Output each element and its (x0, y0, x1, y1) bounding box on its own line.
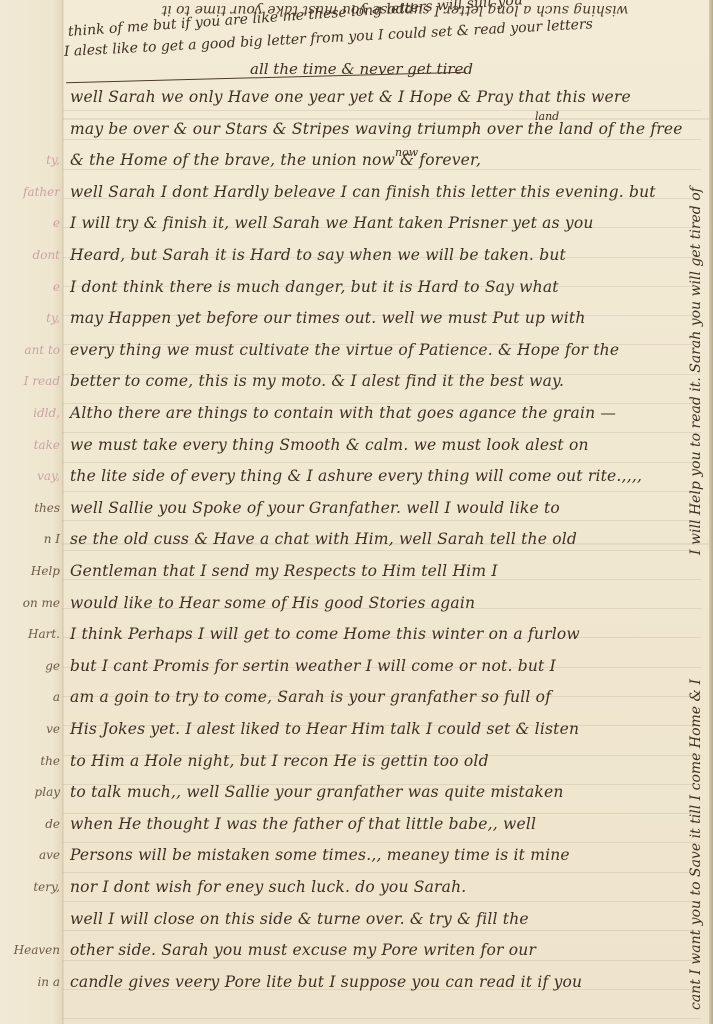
page-edge (709, 0, 713, 1024)
letter-line: would like to Hear some of His good Stor… (70, 594, 475, 612)
letter-line: Altho there are things to contain with t… (70, 404, 616, 422)
adjacent-page-fragment: a (2, 690, 60, 704)
adjacent-page-fragment: ave (2, 848, 60, 862)
adjacent-page-fragment: I read (2, 374, 60, 388)
ruled-line (0, 901, 701, 902)
adjacent-page-fragment: de (2, 817, 60, 831)
ruled-line (0, 1018, 701, 1019)
ruled-line (0, 550, 701, 551)
adjacent-page-strip: ty,fatheredontety,ant toI readidld,takev… (0, 0, 63, 1024)
ruled-line (0, 462, 701, 463)
adjacent-page-fragment: Help (2, 564, 60, 578)
letter-line: well Sarah we only Have one year yet & I… (70, 88, 631, 106)
inserted-word: now (395, 146, 418, 159)
ruled-line (0, 432, 701, 433)
ruled-line (0, 169, 701, 170)
letter-line: better to come, this is my moto. & I ale… (70, 372, 564, 390)
adjacent-page-fragment: thes (2, 501, 60, 515)
letter-line: to talk much,, well Sallie your granfath… (70, 783, 564, 801)
adjacent-page-fragment: ve (2, 722, 60, 736)
letter-line: Heard, but Sarah it is Hard to say when … (70, 246, 566, 264)
letter-line: when He thought I was the father of that… (70, 815, 536, 833)
adjacent-page-fragment: n I (2, 532, 60, 546)
adjacent-page-fragment: Heaven (2, 943, 60, 957)
adjacent-page-fragment: play (2, 785, 60, 799)
letter-line: the lite side of every thing & I ashure … (70, 467, 642, 485)
ruled-line (0, 842, 701, 843)
adjacent-page-fragment: vay, (2, 469, 60, 483)
adjacent-page-fragment: e (2, 280, 60, 294)
adjacent-page-fragment: ge (2, 659, 60, 673)
letter-line: Persons will be mistaken some times.,, m… (70, 846, 570, 864)
adjacent-page-fragment: tery, (2, 880, 60, 894)
ruled-line (0, 520, 701, 521)
ruled-line (0, 139, 701, 140)
letter-line: may Happen yet before our times out. wel… (70, 309, 586, 327)
letter-line: & the Home of the brave, the union now &… (70, 151, 481, 169)
adjacent-page-fragment: ty, (2, 311, 60, 325)
adjacent-page-fragment: ant to (2, 343, 60, 357)
inserted-word: land (535, 110, 559, 123)
letter-line: se the old cuss & Have a chat with Him, … (70, 530, 577, 548)
margin-note-vertical: I will Help you to read it. Sarah you wi… (688, 187, 704, 555)
letter-line: every thing we must cultivate the virtue… (70, 341, 619, 359)
adjacent-page-fragment: take (2, 438, 60, 452)
letter-line: Gentleman that I send my Respects to Him… (70, 562, 498, 580)
letter-line: may be over & our Stars & Stripes waving… (70, 120, 683, 138)
margin-note-vertical: cant I want you to Save it till I come H… (688, 679, 704, 1010)
ruled-line (0, 813, 701, 814)
letter-line: I will try & finish it, well Sarah we Ha… (70, 214, 594, 232)
ruled-line (0, 110, 701, 111)
ruled-line (0, 930, 701, 931)
adjacent-page-fragment: ty, (2, 153, 60, 167)
adjacent-page-fragment: father (2, 185, 60, 199)
letter-line: nor I dont wish for eney such luck. do y… (70, 878, 466, 896)
adjacent-page-fragment: e (2, 216, 60, 230)
ruled-line (0, 872, 701, 873)
letter-line: I think Perhaps I will get to come Home … (70, 625, 580, 643)
adjacent-page-fragment: in a (2, 975, 60, 989)
letter-line: am a goin to try to come, Sarah is your … (70, 688, 551, 706)
letter-line: well Sallie you Spoke of your Granfather… (70, 499, 560, 517)
letter-scan: ty,fatheredontety,ant toI readidld,takev… (0, 0, 713, 1024)
ruled-line (0, 491, 701, 492)
adjacent-page-fragment: idld, (2, 406, 60, 420)
letter-line: other side. Sarah you must excuse my Por… (70, 941, 536, 959)
letter-line: candle gives veery Pore lite but I suppo… (70, 973, 582, 991)
letter-line: His Jokes yet. I alest liked to Hear Him… (70, 720, 579, 738)
letter-line: well Sarah I dont Hardly beleave I can f… (70, 183, 656, 201)
letter-line: but I cant Promis for sertin weather I w… (70, 657, 556, 675)
letter-line: we must take every thing Smooth & calm. … (70, 436, 589, 454)
letter-line: to Him a Hole night, but I recon He is g… (70, 752, 489, 770)
adjacent-page-fragment: dont (2, 248, 60, 262)
adjacent-page-fragment: on me (2, 596, 60, 610)
adjacent-page-fragment: Hart. (2, 627, 60, 641)
ruled-line (0, 960, 701, 961)
adjacent-page-fragment: the (2, 754, 60, 768)
letter-line: I dont think there is much danger, but i… (70, 278, 559, 296)
letter-line: well I will close on this side & turne o… (70, 910, 529, 928)
